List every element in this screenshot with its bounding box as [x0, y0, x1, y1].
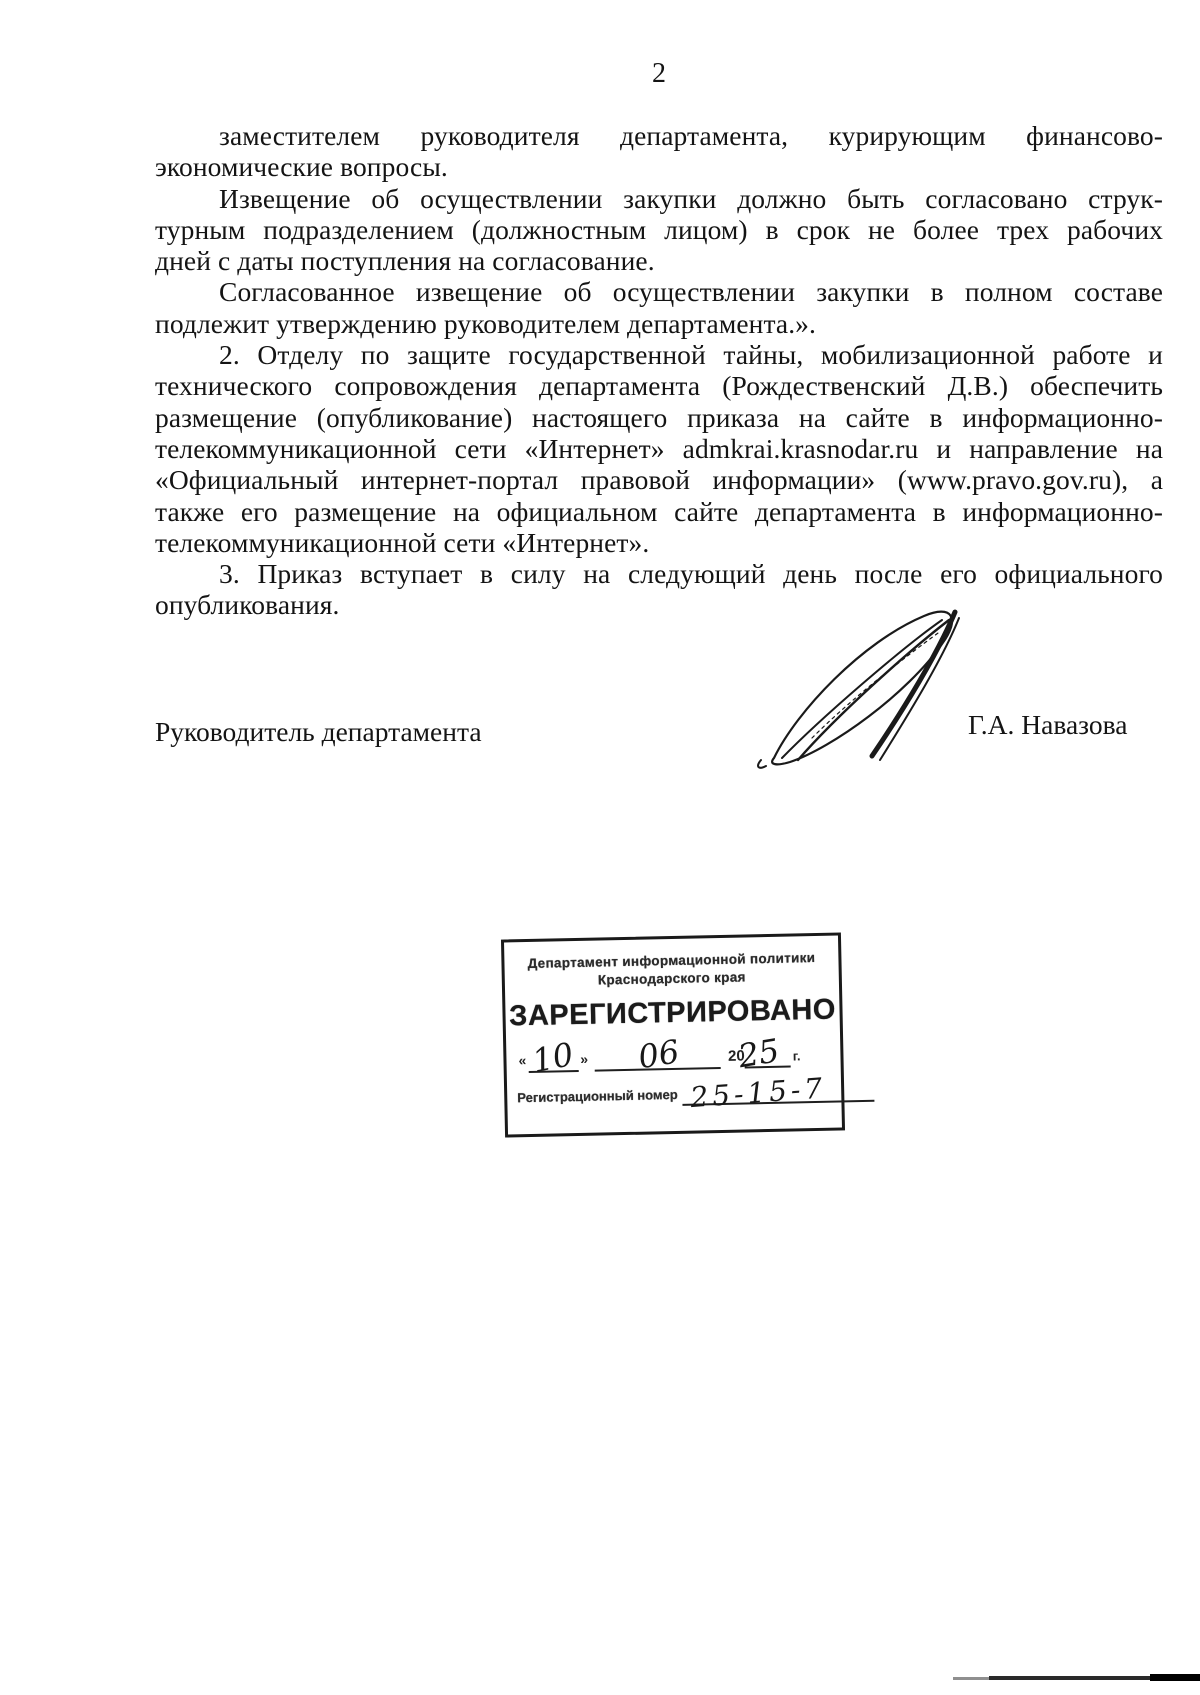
stamp-year-suffix: г.: [793, 1048, 801, 1063]
stamp-year-handwritten: 25: [736, 1031, 782, 1075]
stamp-day-handwritten: 10: [529, 1035, 576, 1080]
body-line: опубликования.: [155, 589, 1163, 620]
body-line: размещение (опубликование) настоящего пр…: [155, 402, 1163, 433]
stamp-regnumber-underline: 25-15-7: [681, 1076, 874, 1106]
body-line: заместителем руководителя департамента, …: [155, 120, 1163, 151]
body-line: экономические вопросы.: [155, 151, 1163, 182]
signer-title: Руководитель департамента: [155, 716, 482, 748]
body-line: технического сопровождения департамента …: [155, 370, 1163, 401]
document-page: 2 заместителем руководителя департамента…: [0, 0, 1200, 1695]
body-line: Согласованное извещение об осуществлении…: [155, 276, 1163, 307]
body-line: 3. Приказ вступает в силу на следующий д…: [155, 558, 1163, 589]
page-number: 2: [155, 58, 1163, 90]
stamp-close-quote: »: [580, 1051, 588, 1067]
registration-stamp: Департамент информационной политики Крас…: [501, 932, 845, 1137]
body-line: подлежит утверждению руководителем депар…: [155, 308, 1163, 339]
signer-name: Г.А. Навазова: [968, 709, 1127, 741]
signature-scribble-icon: [752, 598, 1002, 773]
body-line: турным подразделением (должностным лицом…: [155, 214, 1163, 245]
body-line: «Официальный интернет-портал правовой ин…: [155, 464, 1163, 495]
body-line: Извещение об осуществлении закупки должн…: [155, 183, 1163, 214]
scan-artifact-line: [953, 1677, 989, 1680]
body-line: дней с даты поступления на согласование.: [155, 245, 1163, 276]
body-line: телекоммуникационной сети «Интернет».: [155, 527, 1163, 558]
stamp-regnumber-row: Регистрационный номер25-15-7: [507, 1076, 841, 1109]
stamp-month-handwritten: 06: [635, 1032, 681, 1076]
stamp-day-underline: 10: [528, 1044, 579, 1073]
body-line: также его размещение на официальном сайт…: [155, 496, 1163, 527]
stamp-year-underline: 25: [744, 1040, 791, 1069]
stamp-regnumber-handwritten: 25-15-7: [689, 1071, 827, 1114]
stamp-month-underline: 06: [594, 1041, 721, 1072]
document-body: заместителем руководителя департамента, …: [155, 120, 1163, 621]
scan-artifact-line: [989, 1676, 1153, 1680]
body-line: телекоммуникационной сети «Интернет» adm…: [155, 433, 1163, 464]
scan-artifact-line: [1150, 1674, 1200, 1681]
stamp-regnumber-label: Регистрационный номер: [517, 1087, 678, 1105]
stamp-registered-label: ЗАРЕГИСТРИРОВАНО: [505, 994, 840, 1034]
stamp-open-quote: «: [518, 1052, 526, 1068]
body-line: 2. Отделу по защите государственной тайн…: [155, 339, 1163, 370]
